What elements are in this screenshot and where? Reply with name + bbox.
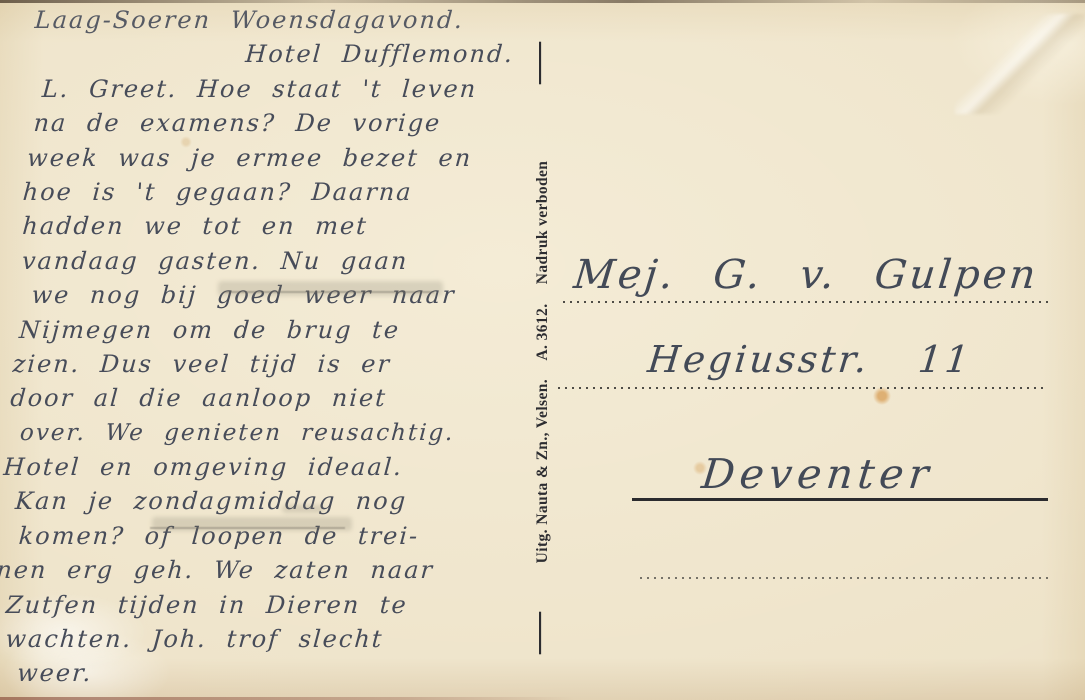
erased-pencil-text xyxy=(282,505,324,513)
postcard-back: Laag-Soeren Woensdagavond. Hotel Dufflem… xyxy=(0,0,1085,700)
pencil-strikethrough xyxy=(150,527,345,529)
message-line: hadden we tot en met xyxy=(17,209,534,243)
address-line-solid xyxy=(632,498,1048,501)
address-line-dotted-3 xyxy=(640,577,1048,579)
message-line: zien. Dus veel tijd is er xyxy=(8,347,525,381)
message-line: Hotel Dufflemond. xyxy=(29,37,546,71)
erased-pencil-text xyxy=(218,281,443,296)
imprint-dash-bottom: — xyxy=(522,612,564,654)
message-line: Laag-Soeren Woensdagavond. xyxy=(32,3,549,37)
imprint-publisher: Uitg. Nauta & Zn., Velsen. xyxy=(534,379,551,563)
message-line: week was je ermee bezet en xyxy=(22,141,539,175)
message-line: na de examens? De vorige xyxy=(24,106,541,140)
message-line: L. Greet. Hoe staat 't leven xyxy=(27,72,544,106)
handwritten-message: Laag-Soeren Woensdagavond. Hotel Dufflem… xyxy=(0,3,549,691)
message-line: weer. xyxy=(0,656,503,690)
message-line: over. We genieten reusachtig. xyxy=(3,416,520,450)
message-line: vandaag gasten. Nu gaan xyxy=(15,244,532,278)
message-line: Nijmegen om de brug te xyxy=(10,313,527,347)
message-line: Hotel en omgeving ideaal. xyxy=(0,450,517,484)
imprint-card-number: A. 3612. xyxy=(534,304,551,361)
paper-crease xyxy=(955,14,1085,114)
address-line-dotted-2 xyxy=(558,387,1048,389)
address-line-dotted-1 xyxy=(563,301,1050,303)
message-line: door al die aanloop niet xyxy=(5,381,522,415)
imprint-dash-top: — xyxy=(522,42,564,84)
address-street: Hegiusstr. 11 xyxy=(646,338,974,381)
pencil-strikethrough xyxy=(224,291,434,293)
message-line: wachten. Joh. trof slecht xyxy=(0,622,506,656)
imprint-copyright-notice: Nadruk verboden xyxy=(534,161,551,285)
message-line: nen erg geh. We zaten naar xyxy=(0,553,511,587)
message-line: Zutfen tijden in Dieren te xyxy=(0,588,508,622)
address-recipient: Mej. G. v. Gulpen xyxy=(572,252,1041,298)
address-city: Deventer xyxy=(699,450,935,498)
message-line: hoe is 't gegaan? Daarna xyxy=(20,175,537,209)
publisher-imprint: Uitg. Nauta & Zn., Velsen. A. 3612. Nadr… xyxy=(534,161,552,564)
message-line: Kan je zondagmiddag nog xyxy=(0,484,515,518)
